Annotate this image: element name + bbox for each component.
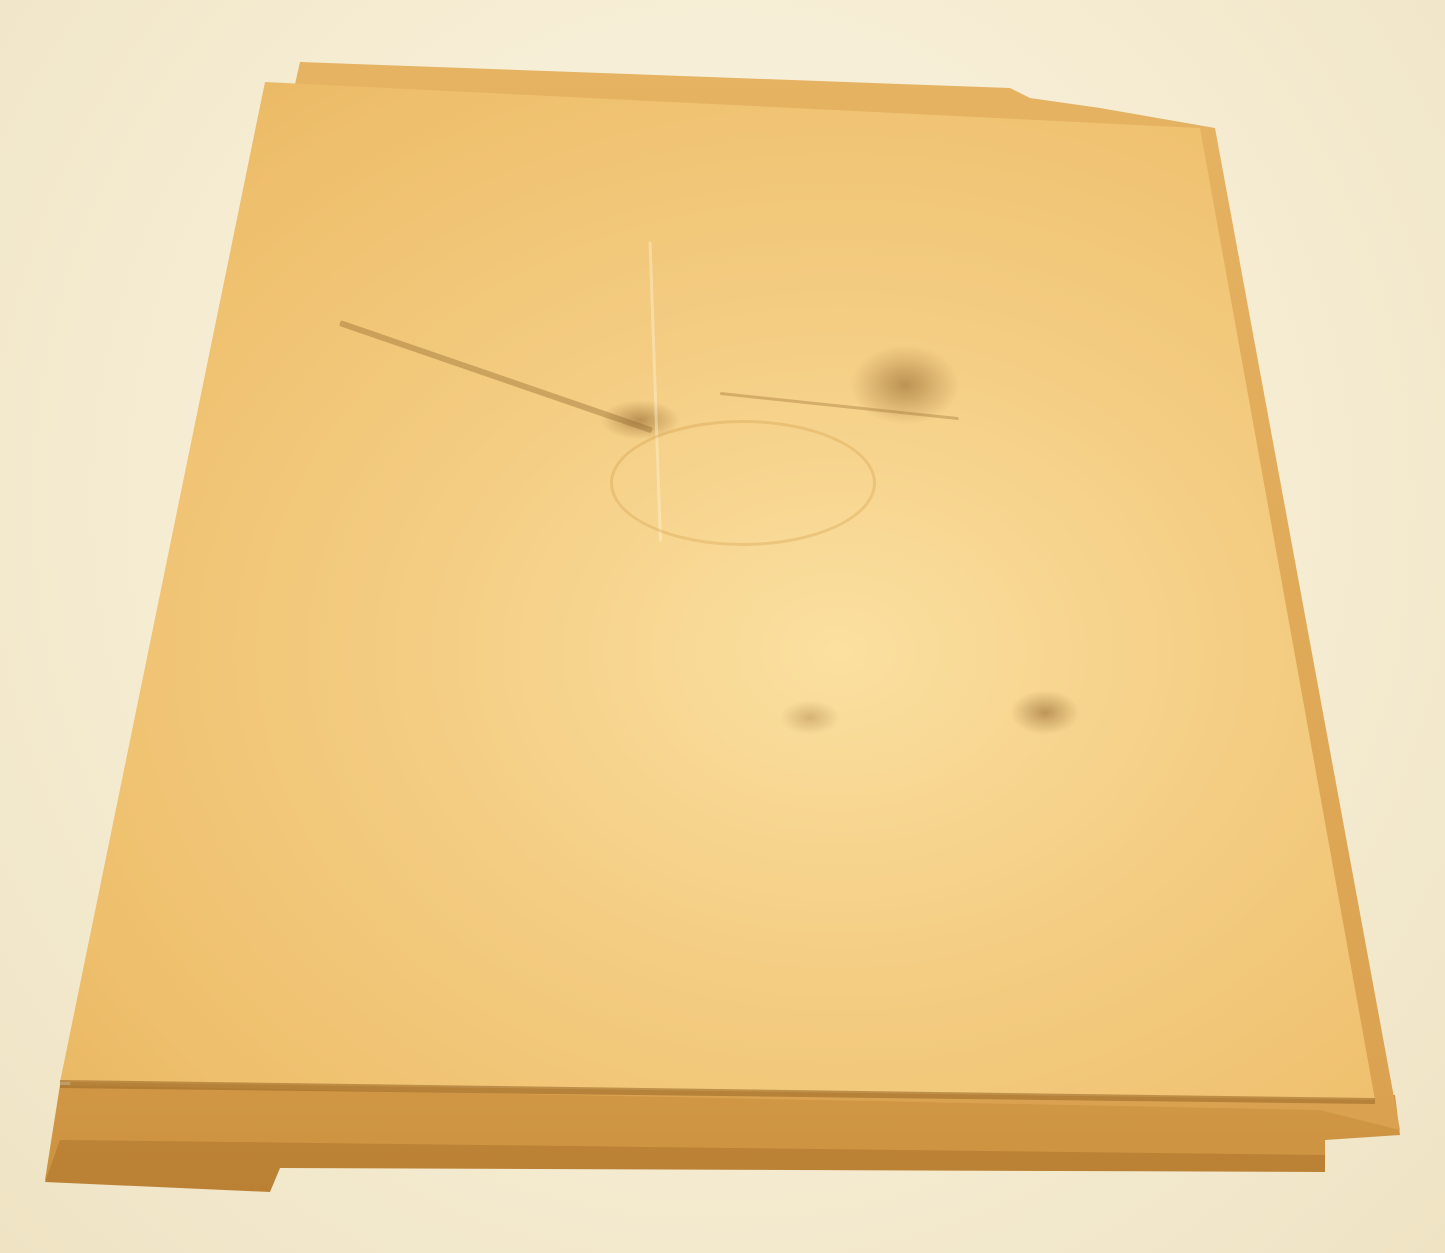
stain-spot-lower xyxy=(1010,690,1080,735)
stain-ring xyxy=(610,420,876,546)
background xyxy=(0,0,1445,1253)
top-paper-sheet xyxy=(0,0,1445,1253)
stain-spot-lower-center xyxy=(780,700,840,735)
